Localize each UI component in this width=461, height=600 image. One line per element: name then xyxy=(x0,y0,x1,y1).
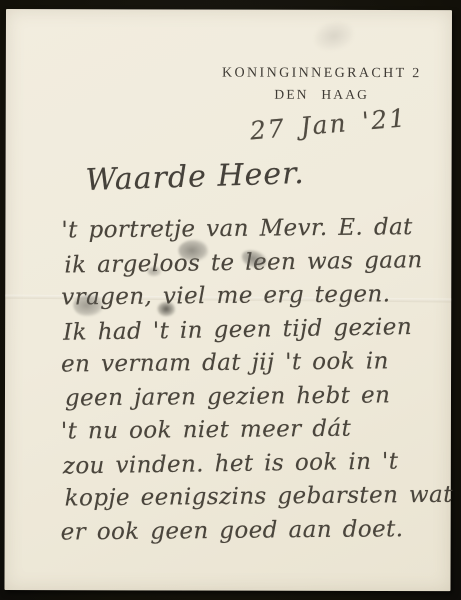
handwritten-line: Ik had 't in geen tijd gezien xyxy=(63,310,444,350)
handwritten-line: ik argeloos te leen was gaan xyxy=(64,243,443,282)
handwritten-date: 27 Jan '21 xyxy=(249,103,408,145)
letter-body: 't portretje van Mevr. E. dat ik argeloo… xyxy=(61,212,444,548)
handwritten-line: zou vinden. het is ook in 't xyxy=(63,444,443,483)
letterhead-city: DEN HAAG xyxy=(206,87,438,104)
handwritten-line: 't nu ook niet meer dát xyxy=(61,412,443,449)
photo-mount-background: KONINGINNEGRACHT 2 DEN HAAG 27 Jan '21 W… xyxy=(0,0,461,600)
handwritten-line: vragen, viel me erg tegen. xyxy=(61,278,443,315)
handwritten-line: 't portretje van Mevr. E. dat xyxy=(61,211,443,248)
letter-paper: KONINGINNEGRACHT 2 DEN HAAG 27 Jan '21 W… xyxy=(4,9,452,591)
handwritten-line: kopje eenigszins gebarsten wat xyxy=(65,479,443,516)
salutation: Waarde Heer. xyxy=(85,156,305,198)
letterhead-address: KONINGINNEGRACHT 2 xyxy=(206,66,438,83)
handwritten-line: er ook geen goed aan doet. xyxy=(60,512,442,549)
pencil-smudge xyxy=(311,17,357,54)
handwritten-line: en vernam dat jij 't ook in xyxy=(61,345,443,382)
handwritten-line: geen jaren gezien hebt en xyxy=(65,378,443,415)
letterhead: KONINGINNEGRACHT 2 DEN HAAG xyxy=(206,66,438,104)
